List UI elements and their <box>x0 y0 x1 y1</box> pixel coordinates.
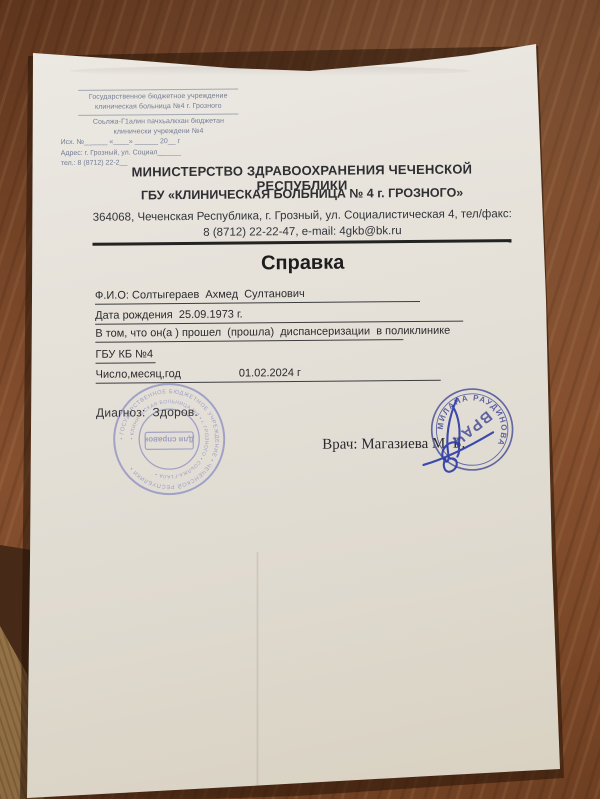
field-statement: В том, что он(а ) прошел (прошла) диспан… <box>95 325 403 343</box>
field-label: Дата рождения <box>95 309 173 322</box>
field-birthdate: Дата рождения 25.09.1973 г. <box>95 307 463 325</box>
photo-of-document: Государственное бюджетное учреждение кли… <box>0 0 600 799</box>
certificate-paper: Государственное бюджетное учреждение кли… <box>0 0 600 799</box>
diagnosis-line: Диагноз: Здоров. <box>96 405 198 420</box>
field-label: ГБУ КБ №4 <box>95 348 153 361</box>
stamp-rule <box>78 114 238 116</box>
field-value: Солтыгераев Ахмед Султанович <box>129 288 305 302</box>
corner-rect-stamp: Государственное бюджетное учреждение кли… <box>60 86 256 138</box>
hospital-address-line1: 364068, Чеченская Республика, г. Грозный… <box>82 208 522 224</box>
stamp-line: клиническая больница №4 г. Грозного <box>60 102 256 114</box>
field-value: 01.02.2024 г <box>239 367 301 380</box>
stamp-rule <box>78 89 238 91</box>
header-divider <box>92 239 511 246</box>
field-label: Ф.И.О: <box>95 289 129 301</box>
stamp-center-text: Для справок <box>143 435 194 444</box>
field-fio: Ф.И.О: Солтыгераев Ахмед Султанович <box>95 287 420 305</box>
hospital-address-line2: 8 (8712) 22-22-47, e-mail: 4gkb@bk.ru <box>92 224 512 240</box>
round-clinic-stamp: • ГОСУДАРСТВЕННОЕ БЮДЖЕТНОЕ УЧРЕЖДЕНИЕ •… <box>109 379 230 500</box>
hospital-header: ГБУ «КЛИНИЧЕСКАЯ БОЛЬНИЦА № 4 г. ГРОЗНОГ… <box>92 185 512 203</box>
document-content: Государственное бюджетное учреждение кли… <box>0 0 600 799</box>
field-clinic: ГБУ КБ №4 <box>95 348 155 364</box>
doctor-signature <box>417 386 498 487</box>
document-title: Справка <box>93 250 513 277</box>
field-value: 25.09.1973 г. <box>173 309 243 322</box>
field-label: В том, что он(а ) прошел (прошла) диспан… <box>95 325 450 340</box>
